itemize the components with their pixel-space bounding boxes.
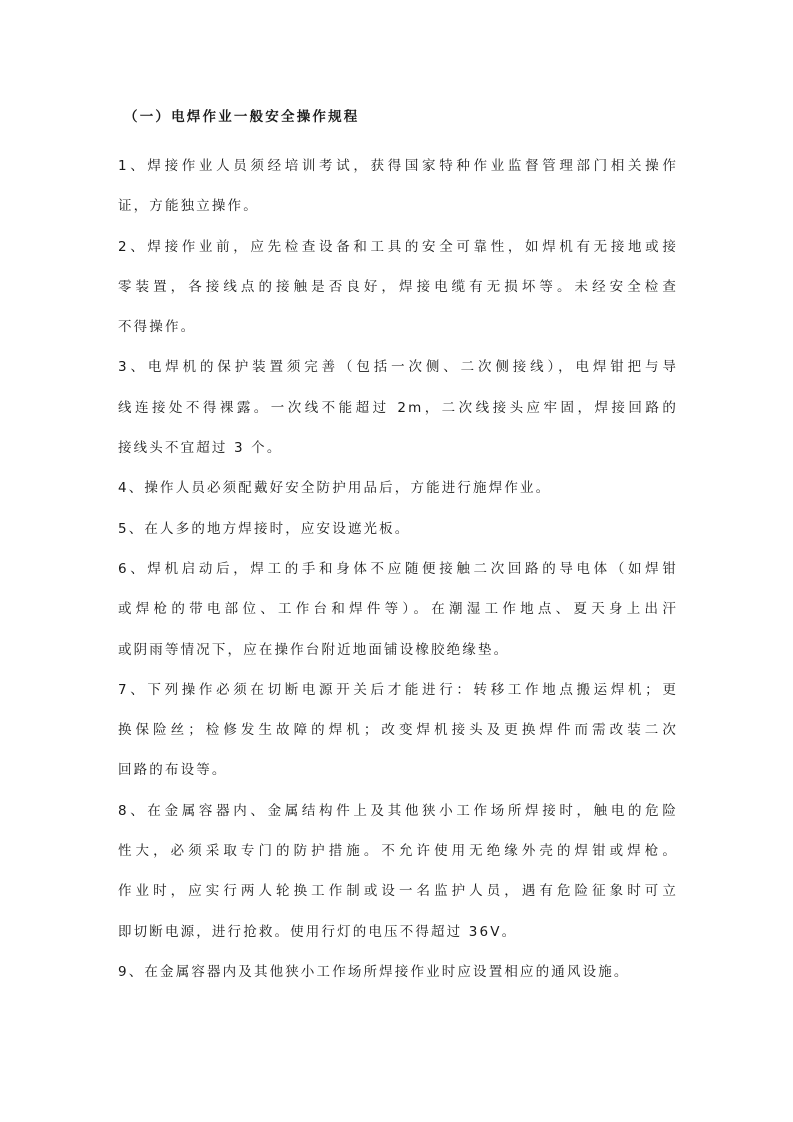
rule-line: 即切断电源，进行抢救。使用行灯的电压不得超过 36V。: [118, 912, 678, 952]
rule-line: 9、在金属容器内及其他狭小工作场所焊接作业时应设置相应的通风设施。: [118, 952, 678, 992]
rule-8: 8、在金属容器内、金属结构件上及其他狭小工作场所焊接时，触电的危险 性大，必须采…: [118, 791, 678, 952]
rule-line: 作业时，应实行两人轮换工作制或设一名监护人员，遇有危险征象时可立: [118, 871, 678, 911]
rule-6: 6、焊机启动后，焊工的手和身体不应随便接触二次回路的导电体（如焊钳 或焊枪的带电…: [118, 549, 678, 670]
rule-line: 5、在人多的地方焊接时，应安设遮光板。: [118, 509, 678, 549]
rule-line: 6、焊机启动后，焊工的手和身体不应随便接触二次回路的导电体（如焊钳: [118, 549, 678, 589]
rule-7: 7、下列操作必须在切断电源开关后才能进行：转移工作地点搬运焊机；更 换保险丝；检…: [118, 670, 678, 791]
rule-line: 8、在金属容器内、金属结构件上及其他狭小工作场所焊接时，触电的危险: [118, 791, 678, 831]
rule-1: 1、焊接作业人员须经培训考试，获得国家特种作业监督管理部门相关操作 证，方能独立…: [118, 146, 678, 227]
rule-line: 证，方能独立操作。: [118, 186, 678, 226]
rule-line: 零装置，各接线点的接触是否良好，焊接电缆有无损坏等。未经安全检查: [118, 267, 678, 307]
rule-line: 1、焊接作业人员须经培训考试，获得国家特种作业监督管理部门相关操作: [118, 146, 678, 186]
document-page: （一）电焊作业一般安全操作规程 1、焊接作业人员须经培训考试，获得国家特种作业监…: [118, 106, 678, 992]
rule-3: 3、电焊机的保护装置须完善（包括一次侧、二次侧接线），电焊钳把与导 线连接处不得…: [118, 347, 678, 468]
rule-5: 5、在人多的地方焊接时，应安设遮光板。: [118, 509, 678, 549]
rules-list: 1、焊接作业人员须经培训考试，获得国家特种作业监督管理部门相关操作 证，方能独立…: [118, 146, 678, 992]
rule-line: 不得操作。: [118, 307, 678, 347]
rule-line: 7、下列操作必须在切断电源开关后才能进行：转移工作地点搬运焊机；更: [118, 670, 678, 710]
rule-line: 或焊枪的带电部位、工作台和焊件等）。在潮湿工作地点、夏天身上出汗: [118, 589, 678, 629]
rule-line: 4、操作人员必须配戴好安全防护用品后，方能进行施焊作业。: [118, 468, 678, 508]
rule-line: 或阴雨等情况下，应在操作台附近地面铺设橡胶绝缘垫。: [118, 630, 678, 670]
rule-2: 2、焊接作业前，应先检查设备和工具的安全可靠性，如焊机有无接地或接 零装置，各接…: [118, 227, 678, 348]
rule-line: 接线头不宜超过 3 个。: [118, 428, 678, 468]
rule-4: 4、操作人员必须配戴好安全防护用品后，方能进行施焊作业。: [118, 468, 678, 508]
section-heading: （一）电焊作业一般安全操作规程: [124, 106, 678, 128]
rule-9: 9、在金属容器内及其他狭小工作场所焊接作业时应设置相应的通风设施。: [118, 952, 678, 992]
rule-line: 换保险丝；检修发生故障的焊机；改变焊机接头及更换焊件而需改装二次: [118, 710, 678, 750]
rule-line: 2、焊接作业前，应先检查设备和工具的安全可靠性，如焊机有无接地或接: [118, 227, 678, 267]
rule-line: 回路的布设等。: [118, 750, 678, 790]
rule-line: 性大，必须采取专门的防护措施。不允许使用无绝缘外壳的焊钳或焊枪。: [118, 831, 678, 871]
rule-line: 线连接处不得裸露。一次线不能超过 2m，二次线接头应牢固，焊接回路的: [118, 388, 678, 428]
rule-line: 3、电焊机的保护装置须完善（包括一次侧、二次侧接线），电焊钳把与导: [118, 347, 678, 387]
